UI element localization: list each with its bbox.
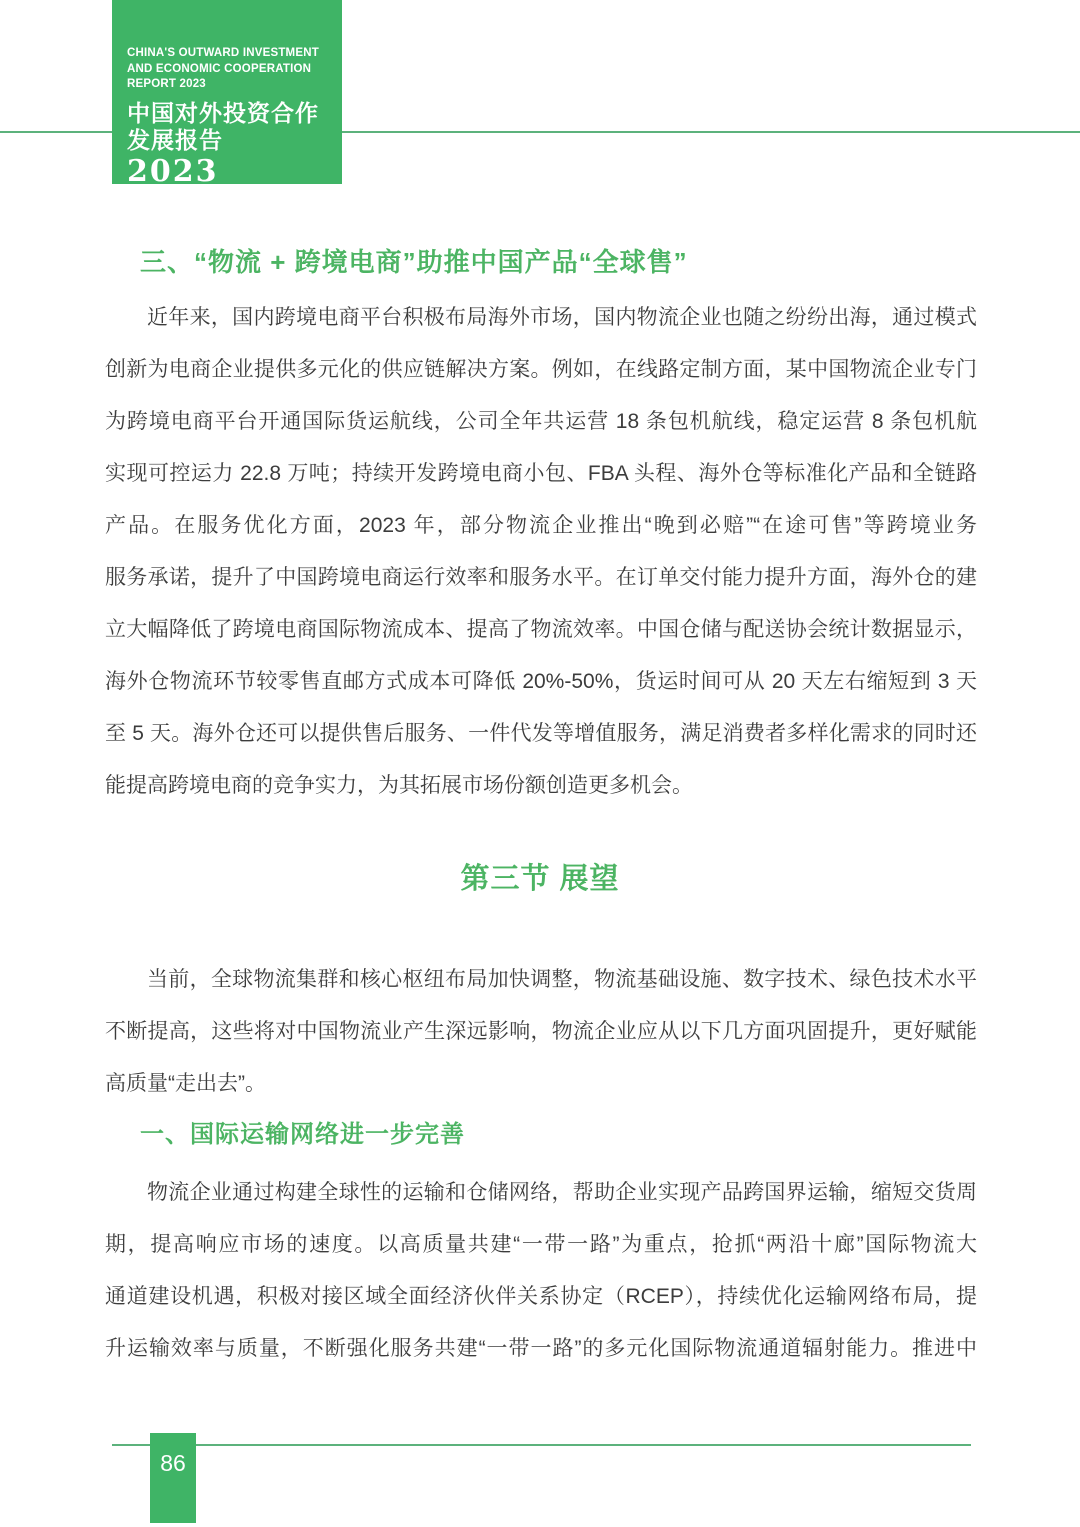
text-line: 服务承诺，提升了中国跨境电商运行效率和服务水平。在订单交付能力提升方面，海外仓的… [105,552,977,604]
text-line: 不断提高，这些将对中国物流业产生深远影响，物流企业应从以下几方面巩固提升，更好赋… [105,1006,977,1058]
brand-title-en-line1: CHINA'S OUTWARD INVESTMENT [127,46,330,62]
page-number-badge: 86 [150,1433,196,1523]
page-number: 86 [160,1449,186,1477]
paragraph-logistics-ecommerce: 近年来，国内跨境电商平台积极布局海外市场，国内物流企业也随之纷纷出海，通过模式创… [105,292,977,812]
brand-title-zh: 中国对外投资合作 发展报告 [127,100,330,154]
text-line: 实现可控运力 22.8 万吨；持续开发跨境电商小包、FBA 头程、海外仓等标准化… [105,448,977,500]
text-line: 创新为电商企业提供多元化的供应链解决方案。例如，在线路定制方面，某中国物流企业专… [105,344,977,396]
text-line: 产品。在服务优化方面，2023 年，部分物流企业推出“晚到必赔”“在途可售”等跨… [105,500,977,552]
brand-title-zh-line2: 发展报告 [127,127,330,154]
paragraph-transport-network: 物流企业通过构建全球性的运输和仓储网络，帮助企业实现产品跨国界运输，缩短交货周期… [105,1167,977,1375]
text-line: 高质量“走出去”。 [105,1058,977,1110]
subsection-heading-transport-network: 一、国际运输网络进一步完善 [140,1119,465,1151]
chapter-heading-outlook: 第三节 展望 [0,860,1080,898]
text-line: 立大幅降低了跨境电商国际物流成本、提高了物流效率。中国仓储与配送协会统计数据显示… [105,604,977,656]
text-line: 能提高跨境电商的竞争实力，为其拓展市场份额创造更多机会。 [105,760,977,812]
brand-year: 2023 [127,156,330,188]
text-line: 至 5 天。海外仓还可以提供售后服务、一件代发等增值服务，满足消费者多样化需求的… [105,708,977,760]
footer-rule [112,1444,971,1446]
text-line: 海外仓物流环节较零售直邮方式成本可降低 20%-50%，货运时间可从 20 天左… [105,656,977,708]
paragraph-outlook-intro: 当前，全球物流集群和核心枢纽布局加快调整，物流基础设施、数字技术、绿色技术水平不… [105,954,977,1110]
report-page: CHINA'S OUTWARD INVESTMENT AND ECONOMIC … [0,0,1080,1527]
text-line: 物流企业通过构建全球性的运输和仓储网络，帮助企业实现产品跨国界运输，缩短交货周 [105,1167,977,1219]
brand-title-zh-line1: 中国对外投资合作 [127,100,330,127]
brand-title-en-line2: AND ECONOMIC COOPERATION [127,62,330,78]
text-line: 当前，全球物流集群和核心枢纽布局加快调整，物流基础设施、数字技术、绿色技术水平 [105,954,977,1006]
section-heading-logistics-ecommerce: 三、“物流 + 跨境电商”助推中国产品“全球售” [140,244,688,280]
brand-title-en-line3: REPORT 2023 [127,77,330,93]
text-line: 升运输效率与质量，不断强化服务共建“一带一路”的多元化国际物流通道辐射能力。推进… [105,1323,977,1375]
text-line: 期，提高响应市场的速度。以高质量共建“一带一路”为重点，抢抓“两沿十廊”国际物流… [105,1219,977,1271]
text-line: 近年来，国内跨境电商平台积极布局海外市场，国内物流企业也随之纷纷出海，通过模式 [105,292,977,344]
report-brand-block: CHINA'S OUTWARD INVESTMENT AND ECONOMIC … [112,0,342,184]
brand-title-en: CHINA'S OUTWARD INVESTMENT AND ECONOMIC … [127,46,330,93]
text-line: 为跨境电商平台开通国际货运航线，公司全年共运营 18 条包机航线，稳定运营 8 … [105,396,977,448]
text-line: 通道建设机遇，积极对接区域全面经济伙伴关系协定（RCEP），持续优化运输网络布局… [105,1271,977,1323]
